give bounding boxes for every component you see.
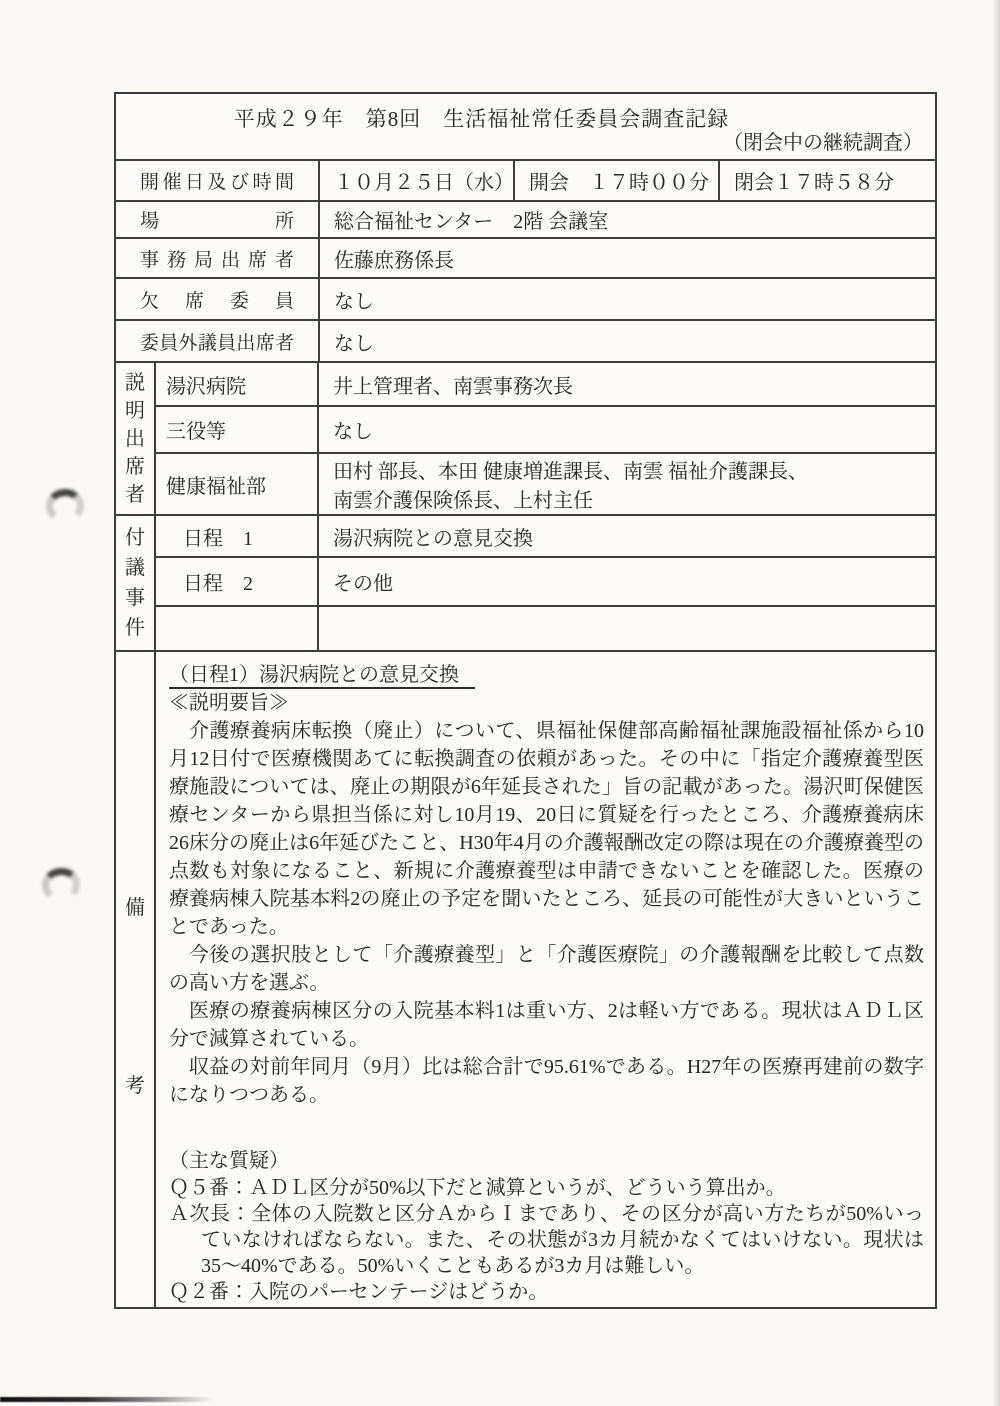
- punch-hole-shadow-top: [45, 488, 85, 525]
- summary-paragraph: 収益の対前年同月（9月）比は総合計で95.61%である。H27年の医療再建前の数…: [169, 1053, 924, 1109]
- summary-paragraph: 医療の療養病棟区分の入院基本料1は重い方、2は軽い方である。現状はＡＤＬ区分で減…: [169, 997, 924, 1053]
- attendee-row-health-welfare-value: 田村 部長、本田 健康増進課長、南雲 福祉介護課長、 南雲介護保険係長、上村主任: [317, 454, 935, 514]
- document-subtitle: （閉会中の継続調査）: [723, 126, 923, 155]
- title-row: 平成２９年 第8回 生活福祉常任委員会調査記録 （閉会中の継続調査）: [116, 94, 935, 159]
- agenda-row-1: 日程 1 湯沢病院との意見交換: [156, 516, 935, 556]
- agenda-row-2: 日程 2 その他: [156, 556, 935, 605]
- meeting-record-table: 平成２９年 第8回 生活福祉常任委員会調査記録 （閉会中の継続調査） 開催日及び…: [114, 92, 937, 1309]
- scanned-document-page: 平成２９年 第8回 生活福祉常任委員会調査記録 （閉会中の継続調査） 開催日及び…: [0, 0, 1000, 1406]
- agenda-row-1-label: 日程 1: [156, 516, 317, 556]
- agenda-group-label: 付議事件: [125, 528, 145, 638]
- questions-header: （主な質疑）: [169, 1147, 924, 1175]
- attendee-row-executives-label: 三役等: [156, 407, 317, 452]
- explainer-group-label-cell: 説明出席者: [116, 363, 154, 514]
- meeting-close-time: 閉会１７時５８分: [718, 161, 935, 200]
- qa-line: Ａ次長：全体の入院数と区分ＡからＩまであり、その区分が高い方たちが50%いってい…: [169, 1201, 924, 1279]
- punch-hole-shadow-bottom: [41, 867, 81, 904]
- attendee-row-health-welfare-label: 健康福祉部: [156, 454, 317, 514]
- row-place-label: 場所: [116, 206, 318, 233]
- row-place: 場所 総合福祉センター 2階 会議室: [116, 200, 935, 237]
- remarks-group-label-cell: 備考: [116, 652, 154, 1307]
- agenda-row-3-label: [156, 607, 317, 650]
- agenda-group-label-cell: 付議事件: [116, 516, 154, 650]
- attendee-row-executives: 三役等 なし: [156, 405, 935, 452]
- agenda-group: 付議事件 日程 1 湯沢病院との意見交換 日程 2 その他: [116, 514, 935, 650]
- attendee-row-hospital: 湯沢病院 井上管理者、南雲事務次長: [156, 363, 935, 405]
- secretariat-attendees: 佐藤庶務係長: [318, 239, 935, 277]
- explainer-group-label: 説明出席者: [125, 373, 145, 505]
- attendee-row-health-welfare: 健康福祉部 田村 部長、本田 健康増進課長、南雲 福祉介護課長、 南雲介護保険係…: [156, 452, 935, 514]
- explainer-attendees-group: 説明出席者 湯沢病院 井上管理者、南雲事務次長 三役等 なし 健康福祉部 田村 …: [116, 361, 935, 514]
- remarks-group-label: 備考: [125, 864, 145, 1096]
- absent-members: なし: [318, 279, 935, 319]
- agenda-row-1-value: 湯沢病院との意見交換: [317, 516, 935, 556]
- row-absent-members: 欠席委員 なし: [116, 277, 935, 319]
- row-absent-members-label: 欠席委員: [116, 286, 318, 313]
- attendee-row-executives-value: なし: [317, 407, 935, 452]
- attendee-row-hospital-value: 井上管理者、南雲事務次長: [317, 363, 935, 405]
- summary-label: ≪説明要旨≫: [169, 689, 924, 717]
- row-secretariat-label: 事務局出席者: [116, 245, 318, 272]
- agenda-row-3-value: [317, 607, 935, 650]
- row-nonmember-attendees: 委員外議員出席者 なし: [116, 319, 935, 361]
- summary-paragraph: 介護療養病床転換（廃止）について、県福祉保健部高齢福祉課施設福祉係から10月12…: [169, 717, 924, 941]
- summary-paragraph: 今後の選択肢として「介護療養型」と「介護医療院」の介護報酬を比較して点数の高い方…: [169, 941, 924, 997]
- nonmember-attendees: なし: [318, 321, 935, 361]
- qa-line: Ａ管理者：60%である。: [169, 1305, 924, 1307]
- qa-line: Ｑ５番：ＡＤＬ区分が50%以下だと減算というが、どういう算出か。: [169, 1175, 924, 1201]
- row-secretariat: 事務局出席者 佐藤庶務係長: [116, 237, 935, 277]
- row-datetime: 開催日及び時間 １０月２５日（水） 開会 １７時００分 閉会１７時５８分: [116, 159, 935, 200]
- row-datetime-label: 開催日及び時間: [116, 167, 318, 194]
- meeting-open-time: 開会 １７時００分: [513, 161, 718, 200]
- qa-line: Ｑ２番：入院のパーセンテージはどうか。: [169, 1279, 924, 1305]
- scan-edge-mark: [0, 1397, 214, 1402]
- agenda-row-2-label: 日程 2: [156, 558, 317, 605]
- agenda-row-3-empty: [156, 605, 935, 650]
- meeting-place: 総合福祉センター 2階 会議室: [318, 202, 935, 237]
- remarks-heading: （日程1）湯沢病院との意見交換: [169, 661, 924, 689]
- remarks-heading-text: （日程1）湯沢病院との意見交換: [169, 664, 475, 689]
- remarks-group: 備考 （日程1）湯沢病院との意見交換 ≪説明要旨≫ 介護療養病床転換（廃止）につ…: [116, 650, 935, 1307]
- row-nonmember-attendees-label: 委員外議員出席者: [116, 328, 318, 355]
- attendee-row-hospital-label: 湯沢病院: [156, 363, 317, 405]
- remarks-content: （日程1）湯沢病院との意見交換 ≪説明要旨≫ 介護療養病床転換（廃止）について、…: [154, 652, 935, 1307]
- agenda-row-2-value: その他: [317, 558, 935, 605]
- meeting-date: １０月２５日（水）: [318, 161, 513, 200]
